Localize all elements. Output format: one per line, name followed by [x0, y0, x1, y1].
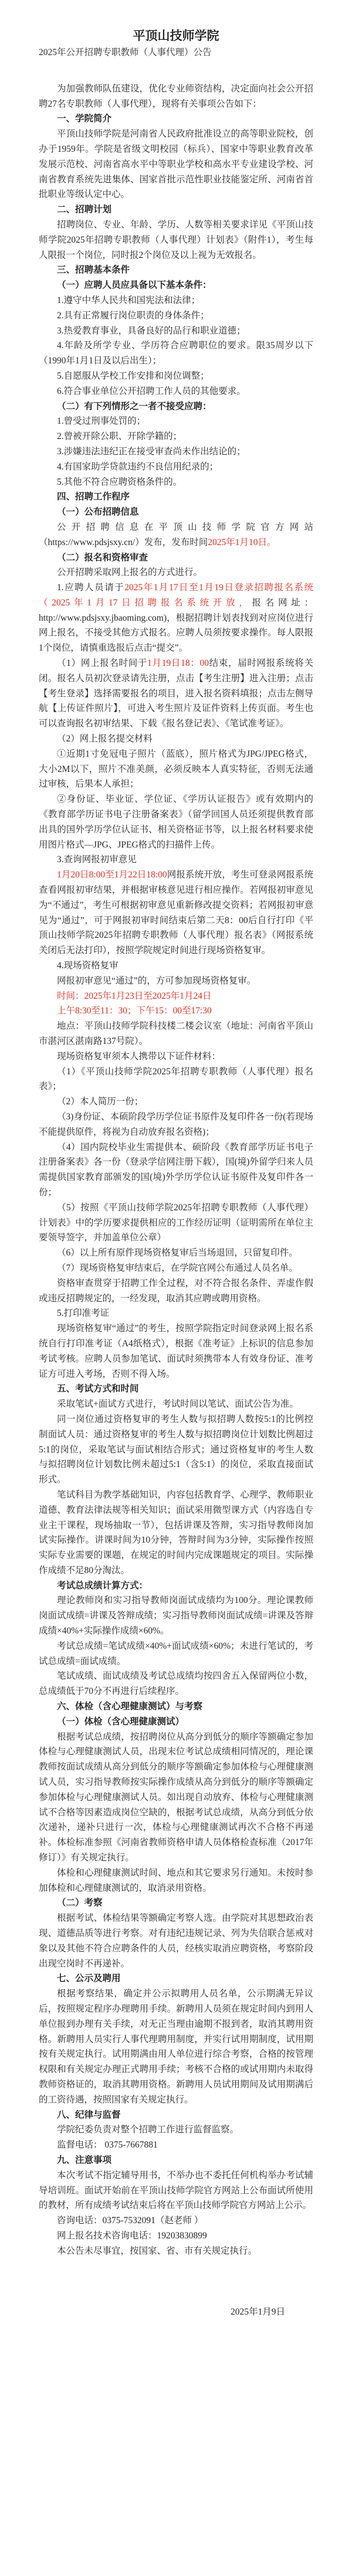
- text-run: （4）国内院校毕业生需提供本、硕阶段《教育部学历证书电子注册备案表》各一份（登录…: [39, 1142, 313, 1197]
- paragraph: 4.年龄及所学专业、学历符合应聘职位的要求。限35周岁以下（1990年1月1日及…: [39, 338, 313, 369]
- text-run: 2.具有正常履行岗位职责的身体条件；: [57, 311, 209, 321]
- sub-heading: （二）有下列情形之一者不接受应聘：: [39, 399, 313, 414]
- paragraph: （3)身份证、本硕阶段学历学位证书原件及复印件各一份(若现场不能提供原件，将视为…: [39, 1110, 313, 1140]
- paragraph: 时间：2025年1月23日至2025年1月24日: [39, 989, 313, 1004]
- paragraph: 公开招聘信息在平顶山技师学院官方网站（https://www.pdsjsxy.c…: [39, 520, 313, 550]
- section-heading: 九、注意事项: [39, 2153, 313, 2168]
- text-run: （一）应聘人员应具备以下基本条件：: [57, 280, 212, 290]
- text-run: 五、考试方式和时间: [57, 1384, 139, 1394]
- text-run: 为加强教师队伍建设，优化专业师资结构，决定面向社会公开招聘27名专职教师（人事代…: [39, 84, 313, 109]
- text-run: 地点：平顶山技师学院科技楼二楼会议室（地址：河南省平顶山市湛河区湛南路137号院…: [39, 1021, 313, 1046]
- sub-heading: （一）体检（含心理健康测试）: [39, 1714, 313, 1730]
- paragraph: 根据考试、体检结果等额确定考察人选。由学院对其思想政治表现、道德品质等进行考察。…: [39, 1911, 313, 1971]
- paragraph: ②身份证、毕业证、学位证、《学历认证报告》或有效期内的《教育部学历证书电子注册备…: [39, 792, 313, 852]
- text-run: 七、公示及聘用: [57, 1973, 121, 1983]
- paragraph: 2.具有正常履行岗位职责的身体条件；: [39, 308, 313, 324]
- text-run: 六、体检（含心理健康测试）与考察: [57, 1702, 202, 1711]
- text-run: 九、注意事项: [57, 2155, 111, 2165]
- text-run: （6）以上所有原件现场资格复审后当场退回，只留复印件。: [57, 1248, 298, 1258]
- text-run: 1.曾受过刑事处罚的；: [57, 416, 145, 426]
- text-run: 现场资格复审须本人携带以下证件材料：: [57, 1052, 221, 1061]
- text-run: 4.有国家助学贷款违约不良信用纪录的；: [57, 462, 218, 472]
- paragraph: 平顶山技师学院是河南省人民政府批准设立的高等职业院校，创办于1959年。学院是省…: [39, 127, 313, 202]
- paragraph: 现场资格复审“通过”的考生，按照学院指定时间登录网上报名系统自行打印准考证（A4…: [39, 1321, 313, 1381]
- paragraph: 1月20日8:00至1月22日18:00网报系统开放，考生可登录网报系统查看网报…: [39, 867, 313, 958]
- paragraph: 本次考试不指定辅导用书，不举办也不委托任何机构举办考试辅导培训班。面试开始前在平…: [39, 2168, 313, 2213]
- section-heading: 六、体检（含心理健康测试）与考察: [39, 1699, 313, 1714]
- text-run: 1.遵守中华人民共和国宪法和法律；: [57, 295, 200, 305]
- section-heading: 二、招聘计划: [39, 202, 313, 217]
- sub-heading: （二）报名和资格审查: [39, 550, 313, 566]
- section-heading: 一、学院简介: [39, 111, 313, 127]
- sub-heading: （二）考察: [39, 1896, 313, 1911]
- paragraph: （2）本人简历一份；: [39, 1094, 313, 1110]
- text-run: 网报初审意见“通过”的，方可参加现场资格复审。: [57, 976, 256, 986]
- text-run: 考试总成绩计算方式：: [57, 1581, 148, 1591]
- highlight-red-text: 上午8:30至11：30；下午15：00至17:30: [57, 1006, 212, 1016]
- section-heading: 八、纪律与监督: [39, 2108, 313, 2123]
- text-run: ②身份证、毕业证、学位证、《学历认证报告》或有效期内的《教育部学历证书电子注册备…: [39, 794, 313, 849]
- paragraph-bold: 考试总成绩计算方式：: [39, 1578, 313, 1594]
- paragraph: 咨询电话：0375-7532091（赵老师 ）: [39, 2213, 313, 2228]
- paragraph: 4.现场资格复审: [39, 958, 313, 974]
- text-run: 结束，届时网报系统将关闭。报名人员初次登录请先注册，点击【考生注册】进入注册；点…: [39, 658, 313, 729]
- text-run: 本公告未尽事宜，按国家、省、市有关规定执行。: [57, 2246, 257, 2256]
- highlight-red-text: 2025年1月10日。: [208, 537, 276, 547]
- paragraph: ①近期1寸免冠电子照片（蓝底），照片格式为JPG/JPEG格式，大小2M以下，照…: [39, 747, 313, 792]
- sub-heading: （一）应聘人员应具备以下基本条件：: [39, 278, 313, 293]
- text-run: 6.符合事业单位公开招聘工作人员的其他要求。: [57, 386, 246, 396]
- highlight-red-text: 1月19日18：00: [147, 658, 209, 668]
- paragraph: 1.曾受过刑事处罚的；: [39, 414, 313, 429]
- text-run: 1.应聘人员请于: [57, 583, 124, 593]
- text-run: 学院纪委负责对整个招聘工作进行监督监察。: [57, 2125, 239, 2135]
- text-run: 本次考试不指定辅导用书，不举办也不委托任何机构举办考试辅导培训班。面试开始前在平…: [39, 2170, 313, 2211]
- paragraph: 5.打印准考证: [39, 1306, 313, 1321]
- paragraph: 上午8:30至11：30；下午15：00至17:30: [39, 1003, 313, 1019]
- paragraph: 现场资格复审须本人携带以下证件材料：: [39, 1049, 313, 1064]
- paragraph: 同一岗位通过资格复审的考生人数与拟招聘人数按5:1的比例控制面试人员：通过资格复…: [39, 1412, 313, 1488]
- paragraph: 1.遵守中华人民共和国宪法和法律；: [39, 293, 313, 308]
- paragraph: 网上报名技术咨询电话：19203830899: [39, 2228, 313, 2244]
- document-body: 平顶山技师学院2025年公开招聘专职教师（人事代理）公告为加强教师队伍建设，优化…: [39, 27, 313, 2319]
- paragraph: 网报初审意见“通过”的，方可参加现场资格复审。: [39, 974, 313, 989]
- text-run: 3.查询网报初审意见: [57, 855, 137, 865]
- paragraph: 4.有国家助学贷款违约不良信用纪录的；: [39, 460, 313, 475]
- text-run: （一）公布招聘信息: [57, 507, 139, 517]
- text-run: 3.涉嫌违法违纪正在接受审查尚未作出结论的；: [57, 447, 246, 457]
- paragraph: 根据考试总成绩，按招聘岗位从高分到低分的顺序等额确定参加体检与心理健康测试人员，…: [39, 1730, 313, 1866]
- paragraph: 笔试成绩、面试成绩及考试总成绩均按四舍五入保留两位小数，总成绩低于70分不再进行…: [39, 1669, 313, 1699]
- paragraph: 3.查询网报初审意见: [39, 852, 313, 867]
- text-run: 2025年公开招聘专职教师（人事代理）公告: [39, 47, 212, 57]
- text-run: 根据考试总成绩，按招聘岗位从高分到低分的顺序等额确定参加体检与心理健康测试人员，…: [39, 1732, 313, 1863]
- text-run: （二）报名和资格审查: [57, 553, 148, 563]
- paragraph: 2.曾被开除公职、开除学籍的；: [39, 429, 313, 444]
- text-run: 2.曾被开除公职、开除学籍的；: [57, 431, 182, 441]
- doc-title-line: 平顶山技师学院: [39, 27, 313, 45]
- sub-heading: （一）公布招聘信息: [39, 505, 313, 520]
- text-run: （二）有下列情形之一者不接受应聘：: [57, 401, 212, 411]
- paragraph: 理论教师岗和实习指导教师岗面试成绩均为100分。理论课教师岗面试成绩=讲课及答辩…: [39, 1593, 313, 1638]
- section-heading: 七、公示及聘用: [39, 1971, 313, 1986]
- text-run: （3)身份证、本硕阶段学历学位证书原件及复印件各一份(若现场不能提供原件，将视为…: [39, 1112, 313, 1137]
- paragraph: （2）网上报名提交材料: [39, 731, 313, 747]
- paragraph: 1.应聘人员请于2025年1月17日至1月19日登录招聘报名系统（2025年1月…: [39, 580, 313, 656]
- text-run: 理论教师岗和实习指导教师岗面试成绩均为100分。理论课教师岗面试成绩=讲课及答辩…: [39, 1595, 313, 1636]
- text-run: 资格审查贯穿于招聘工作全过程，对不符合报名条件、弄虚作假或违反招聘规定的，一经发…: [39, 1278, 313, 1304]
- paragraph: 学院纪委负责对整个招聘工作进行监督监察。: [39, 2122, 313, 2138]
- text-run: ①近期1寸免冠电子照片（蓝底），照片格式为JPG/JPEG格式，大小2M以下，照…: [39, 749, 313, 790]
- paragraph: 监督电话： 0375-7667881: [39, 2138, 313, 2153]
- text-run: 根据考试、体检结果等额确定考察人选。由学院对其思想政治表现、道德品质等进行考察。…: [39, 1913, 313, 1968]
- text-run: 笔试科目为教学基础知识，内容包括教育学、心理学、教师职业道德、教育法律法规等相关…: [39, 1490, 313, 1575]
- text-run: 网报系统开放，考生可登录网报系统查看网报初审结果，并根据审核意见进行相应操作。若…: [39, 870, 313, 955]
- text-run: 笔试成绩、面试成绩及考试总成绩均按四舍五入保留两位小数，总成绩低于70分不再进行…: [39, 1671, 313, 1696]
- text-run: （2）本人简历一份；: [57, 1097, 143, 1107]
- text-run: 二、招聘计划: [57, 205, 111, 215]
- paragraph: 3.热爱教育事业，具备良好的品行和职业道德；: [39, 324, 313, 339]
- text-run: （1）网上报名时间于: [57, 658, 147, 668]
- text-run: 同一岗位通过资格复审的考生人数与拟招聘人数按5:1的比例控制面试人员：通过资格复…: [39, 1414, 313, 1485]
- text-run: （1）《平顶山技师学院2025年招聘专职教师（人事代理）报名表》；: [39, 1067, 313, 1092]
- text-run: 4.年龄及所学专业、学历符合应聘职位的要求。限35周岁以下（1990年1月1日及…: [39, 341, 313, 366]
- paragraph: 本公告未尽事宜，按国家、省、市有关规定执行。: [39, 2244, 313, 2259]
- section-heading: 三、招聘基本条件: [39, 263, 313, 278]
- paragraph: 体检和心理健康测试时间、地点和其它要求另行通知。未按时参加体检和心理健康测试的，…: [39, 1866, 313, 1896]
- paragraph: 根据考察结果，确定并公示拟聘用人员名单，公示期满无异议后，按照规定程序办理聘用手…: [39, 1986, 313, 2107]
- paragraph: 5.其他不符合应聘资格条件的。: [39, 475, 313, 490]
- text-run: （一）体检（含心理健康测试）: [57, 1717, 184, 1727]
- paragraph: （1）《平顶山技师学院2025年招聘专职教师（人事代理）报名表》；: [39, 1064, 313, 1095]
- paragraph: 为加强教师队伍建设，优化专业师资结构，决定面向社会公开招聘27名专职教师（人事代…: [39, 81, 313, 112]
- paragraph: 公开招聘采取网上报名的方式进行。: [39, 565, 313, 580]
- text-run: 平顶山技师学院是河南省人民政府批准设立的高等职业院校，创办于1959年。学院是省…: [39, 129, 313, 199]
- highlight-red-text: 1月20日8:00至1月22日18:00: [57, 870, 167, 880]
- text-run: 5.打印准考证: [57, 1308, 109, 1318]
- paragraph: （4）国内院校毕业生需提供本、硕阶段《教育部学历证书电子注册备案表》各一份（登录…: [39, 1140, 313, 1200]
- paragraph: 采取笔试+面试方式进行，考试时间以笔试、面试公告为准。: [39, 1397, 313, 1412]
- text-run: 考试总成绩=笔试成绩×40%+面试成绩×60%；未进行笔试的，考试总成绩=面试成…: [39, 1641, 313, 1666]
- paragraph: 笔试科目为教学基础知识，内容包括教育学、心理学、教师职业道德、教育法律法规等相关…: [39, 1488, 313, 1578]
- text-run: 咨询电话：0375-7532091（赵老师 ）: [57, 2216, 203, 2225]
- paragraph: 招聘岗位、专业、年龄、学历、人数等相关要求详见《平顶山技师学院2025年招聘专职…: [39, 217, 313, 263]
- text-run: （2）网上报名提交材料: [57, 734, 153, 744]
- section-heading: 五、考试方式和时间: [39, 1381, 313, 1397]
- paragraph: （7）现场资格复审结束后，在学院官网公布通过人员名单。: [39, 1261, 313, 1276]
- text-run: 监督电话： 0375-7667881: [57, 2140, 158, 2150]
- text-run: 八、纪律与监督: [57, 2110, 121, 2120]
- paragraph: （5）按照《平顶山技师学院2025年招聘专职教师（人事代理）计划表》中的学历要求…: [39, 1200, 313, 1246]
- doc-title-line: 2025年公开招聘专职教师（人事代理）公告: [39, 45, 313, 60]
- text-run: 采取笔试+面试方式进行，考试时间以笔试、面试公告为准。: [57, 1399, 299, 1409]
- paragraph: 资格审查贯穿于招聘工作全过程，对不符合报名条件、弄虚作假或违反招聘规定的，一经发…: [39, 1276, 313, 1306]
- text-run: 根据考察结果，确定并公示拟聘用人员名单，公示期满无异议后，按照规定程序办理聘用手…: [39, 1989, 313, 2105]
- text-run: 5.其他不符合应聘资格条件的。: [57, 477, 182, 487]
- text-run: 一、学院简介: [57, 114, 111, 124]
- text-run: 5.自愿服从学校工作安排和岗位调整；: [57, 371, 209, 381]
- announcement-document: 平顶山技师学院2025年公开招聘专职教师（人事代理）公告为加强教师队伍建设，优化…: [0, 0, 352, 2576]
- paragraph: 地点：平顶山技师学院科技楼二楼会议室（地址：河南省平顶山市湛河区湛南路137号院…: [39, 1019, 313, 1049]
- text-run: 体检和心理健康测试时间、地点和其它要求另行通知。未按时参加体检和心理健康测试的，…: [39, 1868, 313, 1893]
- text-run: （二）考察: [57, 1898, 103, 1908]
- text-run: 三、招聘基本条件: [57, 265, 130, 275]
- text-run: （5）按照《平顶山技师学院2025年招聘专职教师（人事代理）计划表》中的学历要求…: [39, 1203, 313, 1243]
- paragraph: 6.符合事业单位公开招聘工作人员的其他要求。: [39, 384, 313, 399]
- text-run: 现场资格复审“通过”的考生，按照学院指定时间登录网上报名系统自行打印准考证（A4…: [39, 1323, 313, 1379]
- text-run: 4.现场资格复审: [57, 961, 119, 971]
- highlight-red-text: 时间：2025年1月23日至2025年1月24日: [57, 991, 212, 1001]
- text-run: 公开招聘采取网上报名的方式进行。: [57, 567, 202, 577]
- text-run: 网上报名技术咨询电话：19203830899: [57, 2231, 207, 2241]
- text-run: 2025年1月9日: [231, 2307, 285, 2317]
- text-run: 平顶山技师学院: [133, 29, 219, 43]
- text-run: 3.热爱教育事业，具备良好的品行和职业道德；: [57, 326, 246, 336]
- paragraph: （1）网上报名时间于1月19日18：00结束，届时网报系统将关闭。报名人员初次登…: [39, 656, 313, 731]
- text-run: （7）现场资格复审结束后，在学院官网公布通过人员名单。: [57, 1263, 298, 1273]
- text-run: 四、招聘工作程序: [57, 492, 130, 502]
- date-line: 2025年1月9日: [39, 2305, 313, 2320]
- section-heading: 四、招聘工作程序: [39, 489, 313, 505]
- paragraph: 考试总成绩=笔试成绩×40%+面试成绩×60%；未进行笔试的，考试总成绩=面试成…: [39, 1639, 313, 1669]
- text-run: 招聘岗位、专业、年龄、学历、人数等相关要求详见《平顶山技师学院2025年招聘专职…: [39, 220, 313, 260]
- paragraph: （6）以上所有原件现场资格复审后当场退回，只留复印件。: [39, 1246, 313, 1261]
- paragraph: 5.自愿服从学校工作安排和岗位调整；: [39, 369, 313, 384]
- paragraph: 3.涉嫌违法违纪正在接受审查尚未作出结论的；: [39, 444, 313, 460]
